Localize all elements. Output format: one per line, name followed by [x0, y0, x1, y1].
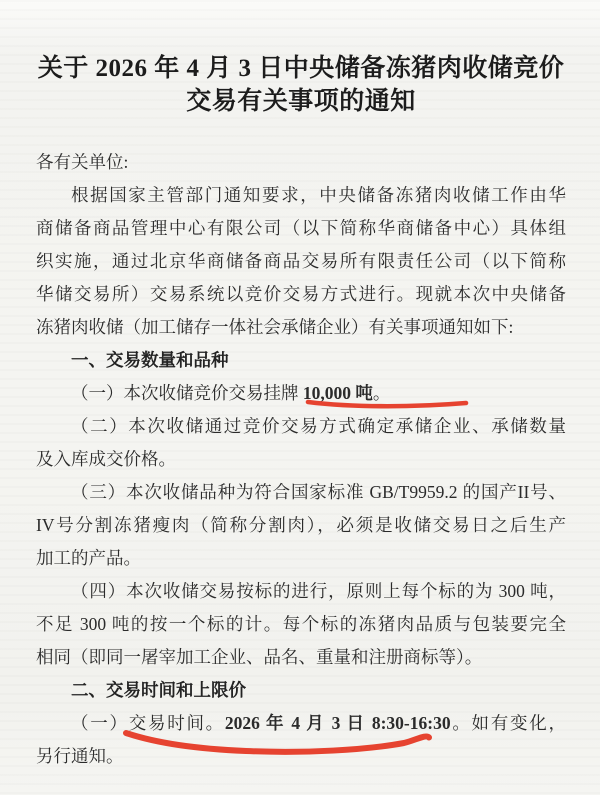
section-1-heading: 一、交易数量和品种	[36, 344, 566, 377]
intro-line-3: 织实施，通过北京华商储备商品交易所有限责任公司（以下简称	[36, 245, 566, 278]
clause-1-1-quantity: 10,000 吨	[303, 383, 373, 403]
clause-1-1-text: （一）本次收储竞价交易挂牌	[71, 383, 303, 403]
clause-1-1: （一）本次收储竞价交易挂牌 10,000 吨。	[36, 377, 566, 410]
clause-1-3-line-2: IV号分割冻猪瘦肉（简称分割肉），必须是收储交易日之后生产	[36, 509, 566, 542]
intro-line-2: 商储备商品管理中心有限公司（以下简称华商储备中心）具体组	[36, 212, 566, 245]
clause-1-3-line-3: 加工的产品。	[36, 542, 566, 575]
intro-line-5: 冻猪肉收储（加工储存一体社会承储企业）有关事项通知如下:	[36, 311, 566, 344]
clause-2-1-line-1: （一）交易时间。2026 年 4 月 3 日 8:30-16:30。如有变化，	[36, 707, 566, 740]
intro-line-1: 根据国家主管部门通知要求，中央储备冻猪肉收储工作由华	[36, 179, 566, 212]
intro-line-4: 华储交易所）交易系统以竞价交易方式进行。现就本次中央储备	[36, 278, 566, 311]
salutation: 各有关单位:	[36, 146, 566, 179]
clause-2-1-line-2: 另行通知。	[36, 740, 566, 773]
clause-2-1-datetime: 2026 年 4 月 3 日 8:30-16:30	[225, 713, 451, 733]
document-page: 关于 2026 年 4 月 3 日中央储备冻猪肉收储竞价 交易有关事项的通知 各…	[0, 0, 600, 795]
clause-2-1-tail: 。如有变化，	[451, 713, 566, 733]
doc-title-line-1: 关于 2026 年 4 月 3 日中央储备冻猪肉收储竞价	[36, 52, 566, 85]
clause-1-1-period: 。	[373, 383, 391, 403]
doc-title: 关于 2026 年 4 月 3 日中央储备冻猪肉收储竞价 交易有关事项的通知	[36, 52, 566, 118]
clause-2-1-text: （一）交易时间。	[71, 713, 225, 733]
clause-1-4-line-2: 不足 300 吨的按一个标的计。每个标的冻猪肉品质与包装要完全	[36, 608, 566, 641]
clause-1-3-line-1: （三）本次收储品种为符合国家标准 GB/T9959.2 的国产II号、	[36, 476, 566, 509]
clause-1-2-line-2: 及入库成交价格。	[36, 443, 566, 476]
clause-1-4-line-3: 相同（即同一屠宰加工企业、品名、重量和注册商标等）。	[36, 641, 566, 674]
clause-1-4-line-1: （四）本次收储交易按标的进行，原则上每个标的为 300 吨，	[36, 575, 566, 608]
section-2-heading: 二、交易时间和上限价	[36, 674, 566, 707]
clause-1-2-line-1: （二）本次收储通过竞价交易方式确定承储企业、承储数量	[36, 410, 566, 443]
doc-title-line-2: 交易有关事项的通知	[36, 85, 566, 118]
